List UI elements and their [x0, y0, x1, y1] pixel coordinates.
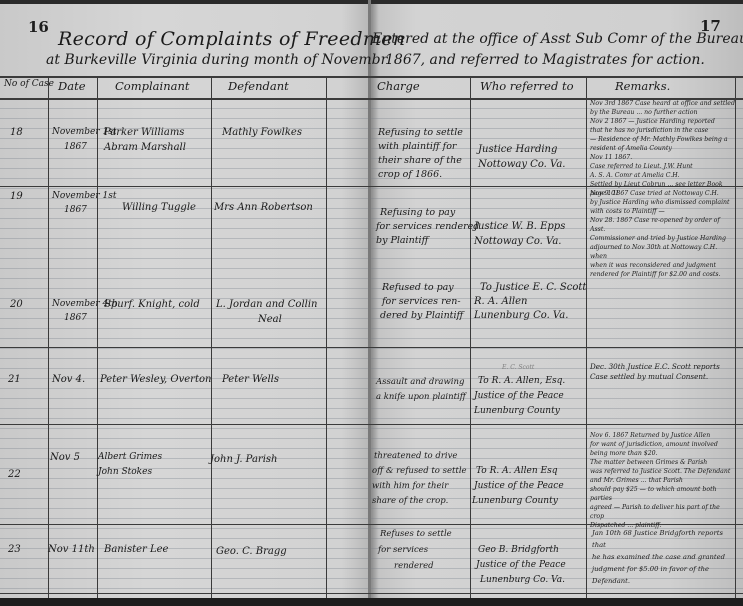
entry-date: Nov 4.	[52, 375, 85, 386]
entry-charge: Refusing to pay	[380, 208, 455, 218]
entry-charge: with plaintiff for	[378, 142, 456, 152]
entry-charge: Refusing to settle	[378, 128, 463, 138]
remark-line: should pay $25 — to which amount both pa…	[590, 486, 735, 504]
title-right-line1: Entered at the office of Asst Sub Comr o…	[372, 32, 743, 47]
entry-complainant: Albert Grimes	[98, 453, 162, 462]
ruled-line	[0, 388, 743, 389]
entry-date-year: 1867	[64, 206, 87, 215]
ruled-line	[0, 318, 743, 319]
entry-referred-to: Geo B. Bridgforth	[478, 546, 559, 555]
entry-complainant: Parker Williams	[104, 128, 184, 139]
column-divider	[586, 76, 587, 598]
row-divider	[0, 424, 743, 425]
entry-charge: for services	[378, 546, 428, 555]
header-top-rule	[0, 76, 743, 78]
entry-complainant: Banister Lee	[104, 545, 168, 556]
column-header-no: No of Case	[4, 80, 54, 89]
entry-complainant: Willing Tuggle	[122, 203, 196, 214]
remark-line: for want of jurisdiction, amount involve…	[590, 441, 735, 450]
remark-line: when it was reconsidered and judgment	[590, 262, 735, 271]
entry-referred-to: Justice of the Peace	[474, 392, 564, 401]
ruled-line	[0, 418, 743, 419]
title-right-line2: 1867, and referred to Magistrates for ac…	[385, 53, 705, 68]
remark-line: rendered for Plaintiff for $2.00 and cos…	[590, 271, 735, 280]
column-header-date: Date	[58, 80, 86, 92]
remark-line: Nov 3rd 1867 Case heard at office and se…	[590, 100, 735, 109]
entry-charge: dered by Plaintiff	[380, 311, 463, 321]
entry-charge: with him for their	[372, 482, 448, 491]
column-header-charge: Charge	[377, 80, 420, 92]
entry-charge: Refuses to settle	[380, 530, 452, 539]
entry-referred-to: Nottoway Co. Va.	[474, 237, 561, 248]
entry-complainant-2: Abram Marshall	[104, 143, 186, 154]
title-left-line1: Record of Complaints of Freedmen	[58, 30, 405, 50]
entry-number: 19	[10, 192, 23, 203]
entry-number: 18	[10, 128, 23, 139]
entry-referred-to: R. A. Allen	[474, 297, 527, 308]
entry-charge: Refused to pay	[382, 283, 454, 293]
ruled-line	[0, 408, 743, 409]
column-divider	[470, 76, 471, 598]
remark-line: that he has no jurisdiction in the case	[590, 127, 735, 136]
ruled-line	[0, 358, 743, 359]
entry-charge: threatened to drive	[374, 452, 457, 461]
column-header-remarks: Remarks.	[615, 80, 670, 92]
entry-referred-to: Justice of the Peace	[476, 561, 566, 570]
remark-line: Jan 10th 68 Justice Bridgforth reports t…	[592, 528, 735, 552]
title-left-line2: at Burkeville Virginia during month of N…	[46, 53, 387, 68]
remark-line: Nov 28. 1867 Case re-opened by order of …	[590, 217, 735, 235]
entry-number: 20	[10, 300, 23, 311]
entry-defendant: Peter Wells	[222, 375, 279, 386]
book-top-edge	[0, 0, 743, 4]
book-gutter	[368, 0, 371, 606]
column-divider	[48, 76, 49, 598]
column-header-complainant: Complainant	[115, 80, 190, 92]
remark-line: Case referred to Lieut. J.W. Hunt	[590, 163, 735, 172]
column-header-defendant: Defendant	[228, 80, 289, 92]
entry-charge: crop of 1866.	[378, 170, 442, 180]
remark-line: Nov 9. 1867 Case tried at Nottoway C.H.	[590, 190, 735, 199]
entry-charge: rendered	[394, 562, 434, 571]
column-divider	[735, 76, 736, 598]
remark-line: with costs to Plaintiff —	[590, 208, 735, 217]
ruled-line	[0, 428, 743, 429]
remark-line: Case settled by mutual Consent.	[590, 372, 735, 382]
remark-line: by the Bureau ... no further action	[590, 109, 735, 118]
column-divider	[97, 76, 98, 598]
remark-line: adjourned to Nov 30th at Nottoway C.H. w…	[590, 244, 735, 262]
entry-referred-to: Justice W. B. Epps	[474, 222, 565, 233]
entry-remarks: Jan 10th 68 Justice Bridgforth reports t…	[592, 528, 735, 587]
entry-date: Nov 5	[50, 453, 80, 464]
entry-referred-to: Justice Harding	[478, 145, 557, 156]
entry-complainant: Spurf. Knight, cold	[104, 300, 200, 311]
remark-line: was referred to Justice Scott. The Defen…	[590, 468, 735, 477]
entry-charge: Assault and drawing	[376, 378, 464, 387]
entry-referred-to-annotation: E. C. Scott	[502, 365, 534, 371]
remark-line: resident of Amelia County	[590, 145, 735, 154]
entry-referred-to: Lunenburg Co. Va.	[474, 311, 568, 322]
column-divider	[326, 76, 327, 598]
ruled-line	[0, 328, 743, 329]
remark-line: Nov 2 1867 — Justice Harding reported	[590, 118, 735, 127]
left-page-number: 16	[28, 18, 49, 36]
entry-referred-to: To R. A. Allen, Esq.	[478, 377, 565, 386]
entry-defendant: Mathly Fowlkes	[222, 128, 302, 139]
remark-line: being more than $20.	[590, 450, 735, 459]
entry-defendant: L. Jordan and Collin	[216, 300, 317, 311]
entry-number: 23	[8, 545, 21, 556]
entry-defendant: John J. Parish	[210, 455, 277, 466]
remark-line: Dec. 30th Justice E.C. Scott reports	[590, 362, 735, 372]
remark-line: he has examined the case and granted	[592, 552, 735, 564]
entry-referred-to: Lunenburg County	[474, 407, 560, 416]
remark-line: A. S. A. Comr at Amelia C.H.	[590, 172, 735, 181]
column-divider	[211, 76, 212, 598]
remark-line: Commissioner and tried by Justice Hardin…	[590, 235, 735, 244]
entry-charge: off & refused to settle	[372, 467, 467, 476]
ruled-line	[0, 588, 743, 589]
entry-charge: for services ren-	[382, 297, 461, 307]
remark-line: Defendant.	[592, 576, 735, 588]
remark-line: judgment for $5.00 in favor of the	[592, 564, 735, 576]
entry-remarks: Dec. 30th Justice E.C. Scott reportsCase…	[590, 362, 735, 383]
entry-date-year: 1867	[64, 314, 87, 323]
entry-referred-to: To Justice E. C. Scott	[480, 283, 586, 294]
ledger-spread: 16 17 Record of Complaints of Freedmen a…	[0, 0, 743, 606]
entry-remarks: Nov 6. 1867 Returned by Justice Allenfor…	[590, 432, 735, 531]
remark-line: and Mr. Grimes ... that Parish	[590, 477, 735, 486]
entry-referred-to: To R. A. Allen Esq	[476, 467, 558, 476]
column-header-referred: Who referred to	[480, 80, 574, 92]
entry-remarks: Nov 9. 1867 Case tried at Nottoway C.H.b…	[590, 190, 735, 280]
entry-defendant-2: Neal	[258, 315, 282, 326]
entry-charge: by Plaintiff	[376, 236, 428, 246]
entry-charge: for services rendered	[376, 222, 479, 232]
entry-referred-to: Lunenburg Co. Va.	[480, 576, 565, 585]
remark-line: Nov 11 1867.	[590, 154, 735, 163]
entry-remarks: Nov 3rd 1867 Case heard at office and se…	[590, 100, 735, 199]
remark-line: — Residence of Mr. Mathly Fowlkes being …	[590, 136, 735, 145]
entry-number: 22	[8, 470, 21, 481]
entry-number: 21	[8, 375, 21, 386]
remark-line: by Justice Harding who dismissed complai…	[590, 199, 735, 208]
ruled-line	[0, 348, 743, 349]
remark-line: Nov 6. 1867 Returned by Justice Allen	[590, 432, 735, 441]
remark-line: agreed — Parish to deliver his part of t…	[590, 504, 735, 522]
entry-defendant: Geo. C. Bragg	[216, 547, 287, 558]
entry-charge: a knife upon plaintiff	[376, 393, 466, 402]
entry-date-year: 1867	[64, 143, 87, 152]
ruled-line	[0, 288, 743, 289]
row-divider	[0, 347, 743, 348]
entry-complainant: Peter Wesley, Overton	[100, 375, 211, 386]
remark-line: The matter between Grimes & Parish	[590, 459, 735, 468]
entry-charge: share of the crop.	[372, 497, 448, 506]
entry-referred-to: Lunenburg County	[472, 497, 558, 506]
ruled-line	[0, 398, 743, 399]
entry-date: Nov 11th	[48, 545, 95, 556]
entry-referred-to: Justice of the Peace	[474, 482, 564, 491]
ruled-line	[0, 338, 743, 339]
entry-referred-to: Nottoway Co. Va.	[478, 160, 565, 171]
entry-charge: their share of the	[378, 156, 462, 166]
entry-date: November 1st	[52, 192, 116, 201]
entry-defendant: Mrs Ann Robertson	[214, 203, 313, 214]
entry-complainant-2: John Stokes	[98, 468, 152, 477]
table-bottom-rule	[0, 593, 743, 594]
book-bottom-edge	[0, 598, 743, 606]
